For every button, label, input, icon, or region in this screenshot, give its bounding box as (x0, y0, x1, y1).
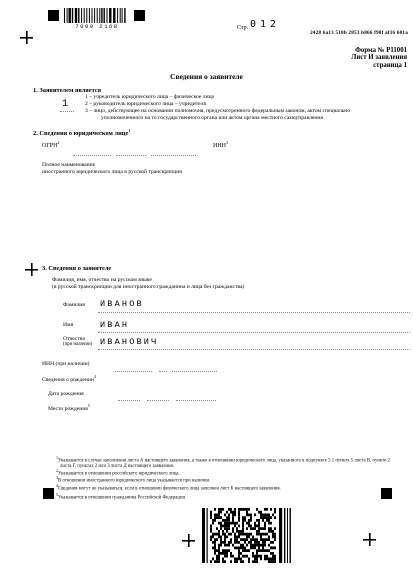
applicant-type-legend: 1 – учредитель юридического лица – физич… (85, 94, 387, 122)
patronymic-field[interactable]: ИВАНОВИЧ (100, 337, 158, 347)
section1-heading: 1. Заявителем является (33, 87, 101, 94)
birth-place-footnote-ref: 5 (88, 403, 90, 408)
ogrn-field-line[interactable] (116, 154, 146, 156)
page-number-value: 012 (250, 19, 280, 30)
birth-date-month-line[interactable] (147, 399, 169, 401)
applicant-type-field[interactable]: 1 (62, 99, 70, 110)
birth-info-heading: Сведения о рождении4 (42, 377, 96, 383)
pdf417-2d-barcode (202, 508, 293, 563)
surname-label: Фамилия (63, 302, 85, 308)
crop-mark-bottom-right-icon (363, 533, 376, 546)
birth-date-day-line[interactable] (118, 399, 140, 401)
fio-subtitle-line2: (в русской транскрипции для иностранного… (52, 284, 244, 290)
birth-date-label: Дата рождения (48, 391, 84, 397)
section2-heading-footnote-ref: 1 (128, 128, 130, 133)
stacked-1d-barcode (64, 8, 130, 23)
legend-option-1: 1 – учредитель юридического лица – физич… (85, 94, 387, 101)
inn-footnote-ref: 3 (226, 140, 228, 145)
crop-mark-bottom-left-icon (182, 534, 195, 547)
footnote-1: 1Указывается в случае заполнения листа А… (56, 458, 402, 469)
birth-place-label: Место рождения5 (48, 406, 90, 412)
ogrn-label: ОГРН2 (42, 143, 59, 149)
form-id-block: Форма № Р11001 Лист И заявления страница… (351, 47, 407, 69)
birth-date-year-line[interactable] (176, 399, 216, 401)
inn-label: ИНН3 (213, 143, 228, 149)
sheet-page: страница 1 (351, 62, 407, 69)
name-label: Имя (63, 322, 73, 328)
birth-info-footnote-ref: 4 (94, 374, 96, 379)
applicant-type-cell-line[interactable] (60, 110, 74, 112)
personal-inn-field-line[interactable] (159, 370, 167, 372)
fullname-label-line1: Полное наименование (42, 162, 95, 168)
personal-inn-field-line[interactable] (115, 370, 152, 372)
form-number: Форма № Р11001 (351, 47, 407, 54)
form-page: 7000 2168 Стр. 012 2428 6a13 510b 2853 b… (0, 0, 413, 584)
footnotes-block: 1Указывается в случае заполнения листа А… (56, 458, 402, 502)
patronymic-note: (при наличии) (63, 342, 92, 347)
ogrn-footnote-ref: 2 (57, 140, 59, 145)
personal-inn-label: ИНН (при наличии) (42, 361, 90, 367)
surname-field-line[interactable] (98, 311, 410, 313)
personal-inn-field-line[interactable] (172, 370, 217, 372)
barcode-anchor-square-right (134, 10, 145, 21)
page-number-label: Стр. (237, 25, 248, 31)
patronymic-field-line[interactable] (98, 348, 410, 350)
section2-heading: 2. Сведения о юридическом лице1 (33, 130, 130, 137)
crop-mark-mid-left-icon (25, 263, 38, 276)
legend-option-3: 3 – лицо, действующее на основании полно… (85, 108, 387, 122)
section3-heading: 3. Сведения о заявителе (42, 265, 111, 272)
footnote-4: 4Сведения могут не указываться, если в о… (56, 486, 402, 492)
fio-subtitle-line1: Фамилия, имя, отчество на русском языке (52, 277, 152, 283)
footnote-2: 2Указывается в отношении российского юри… (56, 471, 402, 477)
surname-field[interactable]: ИВАНОВ (100, 299, 144, 309)
ogrn-field-line[interactable] (151, 154, 196, 156)
sheet-name: Лист И заявления (351, 54, 407, 61)
sheet-title: Сведения о заявителе (0, 72, 413, 81)
bottom-anchor-square-left (43, 488, 54, 499)
name-field-line[interactable] (98, 331, 410, 333)
ogrn-field-line[interactable] (73, 154, 111, 156)
barcode-anchor-square-left (48, 10, 59, 21)
barcode-digits: 7000 2168 (64, 23, 130, 30)
footnote-3: 3В отношении иностранного юридического л… (56, 478, 402, 484)
crop-mark-top-left-icon (20, 31, 33, 44)
bottom-anchor-square-right (381, 488, 392, 499)
document-hash: 2428 6a13 510b 2853 b866 f90f af16 601a (310, 30, 408, 36)
fullname-label-line2: иностранного юридического лица в русской… (42, 169, 182, 175)
footnote-5: 5Указывается в отношении гражданина Росс… (56, 495, 402, 501)
name-field[interactable]: ИВАН (100, 320, 129, 330)
